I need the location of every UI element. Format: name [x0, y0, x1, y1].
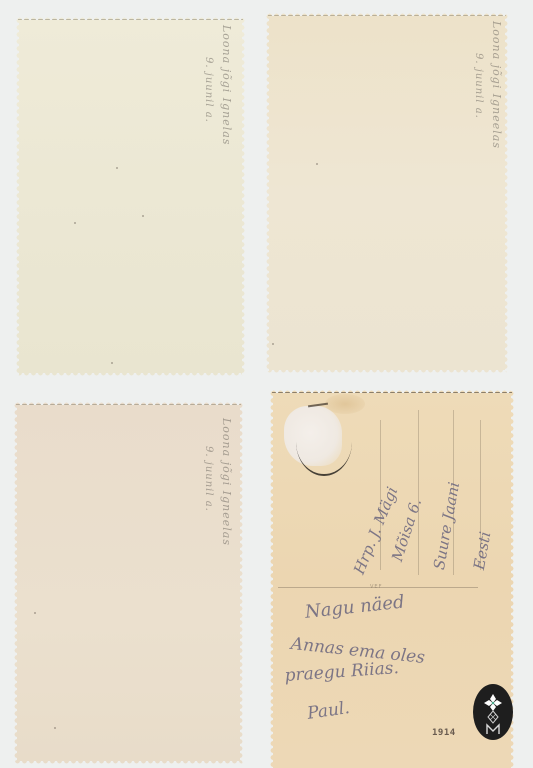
pencil-inscription-line-1: Loona jõgi Ignelas — [220, 25, 233, 145]
paper-speck — [116, 167, 118, 169]
deckled-edge-bottom — [266, 370, 508, 373]
deckled-edge-left — [14, 402, 17, 764]
paper-speck — [142, 215, 144, 217]
message-line-1: Nagu näed — [304, 592, 405, 623]
photo-back-top-left: Loona jõgi Ignelas 9. juunil a. — [16, 17, 245, 376]
photo-back-top-right: Loona jõgi Igneelas 9. juunil a. — [266, 13, 508, 373]
address-line — [418, 410, 419, 575]
flower-emblem-icon — [473, 684, 513, 740]
pencil-inscription-line-1: Loona jõgi Igneelas — [490, 21, 503, 149]
deckled-edge-left — [266, 13, 269, 373]
paper-speck — [111, 362, 113, 364]
paper-speck — [34, 612, 36, 614]
pencil-inscription-line-2: 9. juunil a. — [203, 446, 214, 512]
deckled-edge-bottom — [14, 761, 243, 764]
deckled-edge-top — [270, 390, 514, 393]
paper-speck — [272, 343, 274, 345]
deckled-edge-top — [16, 17, 245, 20]
paper-speck — [54, 727, 56, 729]
postmark-icon — [296, 442, 352, 476]
paper-speck — [316, 163, 318, 165]
deckled-edge-top — [14, 402, 243, 405]
deckled-edge-right — [505, 13, 508, 373]
paper-speck — [74, 222, 76, 224]
deckled-edge-bottom — [16, 373, 245, 376]
pencil-inscription-line-2: 9. juunil a. — [473, 53, 484, 119]
deckled-edge-left — [16, 17, 19, 376]
deckled-edge-right — [240, 402, 243, 764]
watermark-logo — [473, 684, 513, 740]
message-line-4: Paul. — [306, 698, 351, 724]
pencil-inscription-line-1: Loona jõgi Igneelas — [220, 418, 233, 546]
address-line-4: Eesti — [470, 530, 494, 571]
deckled-edge-top — [266, 13, 508, 16]
address-line-1: Hrp. J. Mägi — [350, 484, 401, 576]
message-line-3: praegu Riias. — [284, 658, 400, 686]
divider-label: VEF — [370, 584, 382, 590]
year-stamp: 1914 — [432, 728, 456, 738]
deckled-edge-right — [242, 17, 245, 376]
pencil-inscription-line-2: 9. juunil a. — [203, 57, 214, 123]
photo-back-bottom-left: Loona jõgi Igneelas 9. juunil a. — [14, 402, 243, 764]
address-line-3: Suure Jaani — [430, 481, 463, 572]
deckled-edge-left — [270, 390, 273, 768]
